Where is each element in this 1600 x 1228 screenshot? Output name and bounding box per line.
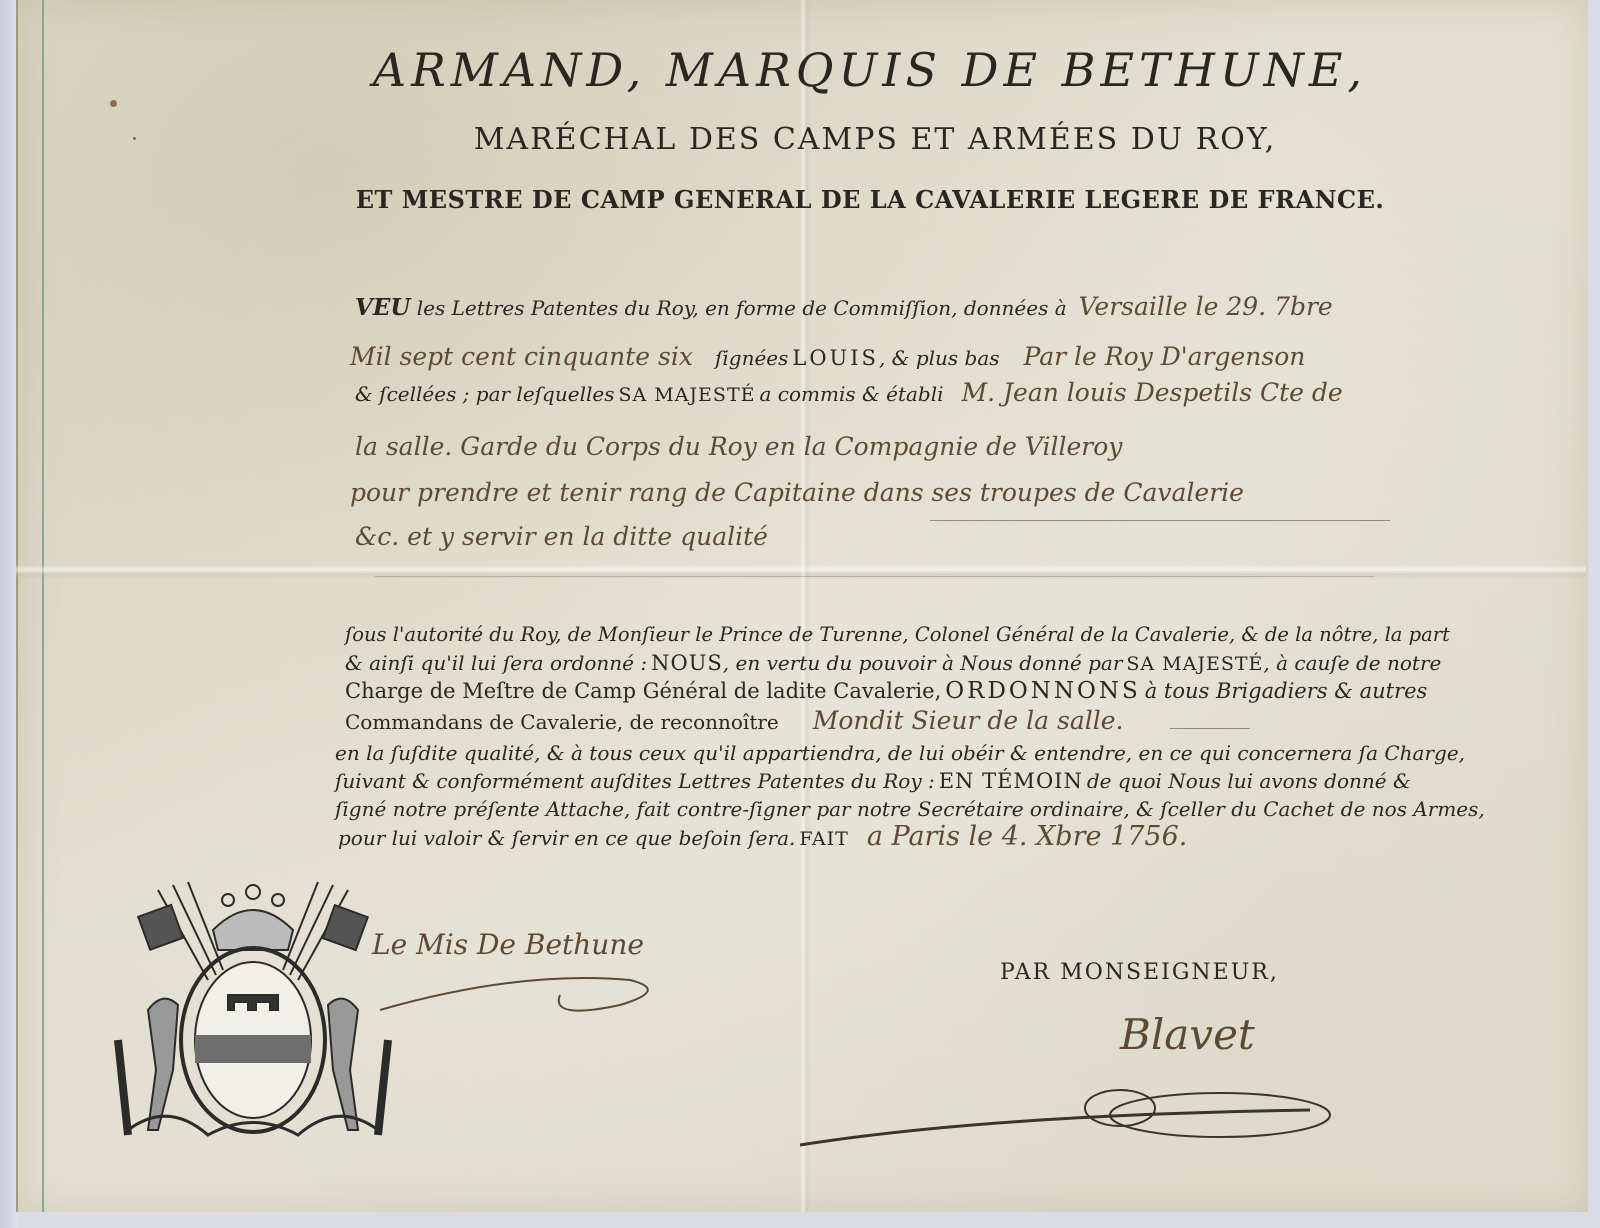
secretary-flourish-icon [790, 1070, 1350, 1160]
printed-text: , & plus bas [879, 346, 1000, 370]
printed-text: ſuivant & conformément auſdites Lettres … [335, 769, 935, 793]
first-block-line-1: VEU les Lettres Patentes du Roy, en form… [355, 292, 1333, 326]
printed-text: à tous Brigadiers & autres [1145, 679, 1428, 703]
header-line-2: MARÉCHAL DES CAMPS ET ARMÉES DU ROY, [380, 120, 1370, 160]
printed-text: de quoi Nous lui avons donné & [1087, 769, 1411, 793]
signature-flourish-icon [370, 950, 670, 1030]
handwritten-line-5: pour prendre et tenir rang de Capitaine … [350, 478, 1244, 508]
printed-text: & ainſi qu'il lui ſera ordonné : [345, 651, 647, 675]
second-block-line-5: en la ſuſdite qualité, & à tous ceux qu'… [335, 738, 1465, 768]
fait-word: FAIT [799, 828, 848, 850]
coat-of-arms-icon [88, 870, 418, 1160]
printed-text: Charge de Meſtre de Camp Général de ladi… [345, 679, 941, 703]
sa-majeste: SA MAJESTÉ [1126, 653, 1263, 675]
handwritten-place-date: a Paris le 4. Xbre 1756. [867, 821, 1188, 852]
second-block-line-8: pour lui valoir & ſervir en ce que beſoi… [338, 822, 1187, 856]
handwritten-reference: Mondit Sieur de la salle. [813, 706, 1124, 735]
printed-text: , à cauſe de notre [1263, 651, 1441, 675]
printed-text: ſignées [715, 346, 788, 370]
printed-text: a commis & établi [759, 382, 943, 406]
veu-word: VEU [355, 294, 410, 321]
printed-text: , en vertu du pouvoir à Nous donné par [723, 651, 1123, 675]
handwritten-line-4: la salle. Garde du Corps du Roy en la Co… [355, 432, 1122, 462]
header-line-1: ARMAND, MARQUIS DE BETHUNE, [355, 42, 1385, 98]
par-monseigneur: PAR MONSEIGNEUR, [1000, 960, 1279, 985]
first-block-line-2: Mil sept cent cinquante six ſignées LOUI… [350, 342, 1305, 376]
second-block-line-3: Charge de Meſtre de Camp Général de ladi… [345, 676, 1427, 709]
nous-word: NOUS [651, 651, 723, 675]
header-line-3: ET MESTRE DE CAMP GENERAL DE LA CAVALERI… [345, 184, 1395, 216]
handwritten-countersign: Par le Roy D'argenson [1024, 342, 1306, 371]
printed-text: les Lettres Patentes du Roy, en forme de… [410, 296, 1066, 320]
second-block-line-1: ſous l'autorité du Roy, de Monſieur le P… [345, 620, 1450, 650]
handwritten-year: Mil sept cent cinquante six [350, 342, 693, 371]
fill-line [1170, 728, 1250, 729]
louis-word: LOUIS [792, 346, 879, 370]
first-block-line-3: & ſcellées ; par leſquelles SA MAJESTÉ a… [355, 378, 1343, 412]
handwritten-date: Versaille le 29. 7bre [1079, 292, 1333, 321]
sa-majeste: SA MAJESTÉ [618, 384, 755, 406]
sheet-edge-line [42, 0, 44, 1212]
handwritten-name: M. Jean louis Despetils Cte de [962, 378, 1343, 407]
fill-line [930, 520, 1390, 521]
en-temoin-word: EN TÉMOIN [939, 769, 1083, 793]
handwritten-line-6: &c. et y servir en la ditte qualité [355, 522, 768, 552]
ink-spot [110, 100, 117, 107]
printed-text: & ſcellées ; par leſquelles [355, 382, 614, 406]
fill-line [375, 576, 1375, 577]
second-block-line-4: Commandans de Cavalerie, de reconnoître … [345, 706, 1123, 740]
ink-spot [133, 137, 136, 140]
printed-text: pour lui valoir & ſervir en ce que beſoi… [338, 826, 795, 850]
printed-text: Commandans de Cavalerie, de reconnoître [345, 710, 779, 734]
second-block-line-7: ſigné notre préſente Attache, fait contr… [335, 794, 1485, 824]
vertical-fold [800, 0, 810, 1212]
ordonnons-word: ORDONNONS [945, 678, 1140, 704]
secretary-signature: Blavet [1120, 1010, 1255, 1059]
